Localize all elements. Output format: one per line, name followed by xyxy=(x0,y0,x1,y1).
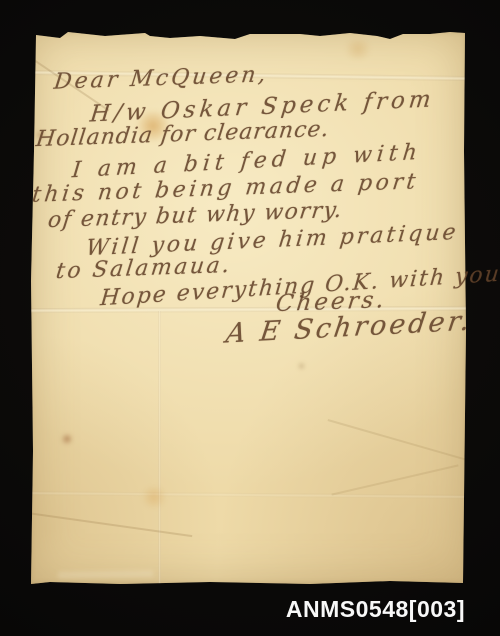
foxing-stain xyxy=(61,434,73,444)
archive-photo-frame: Dear McQueen, H/w Oskar Speck from Holla… xyxy=(0,0,500,636)
crease-right-1 xyxy=(328,419,468,461)
foxing-stain xyxy=(134,111,172,141)
crease-right-2 xyxy=(331,464,458,495)
horizontal-fold-crease-top xyxy=(30,70,466,81)
faint-edge-marking xyxy=(58,570,153,579)
horizontal-fold-crease-bottom xyxy=(30,491,466,499)
corner-crease-top-left xyxy=(30,57,110,112)
foxing-stain xyxy=(298,363,305,369)
foxing-stain xyxy=(140,486,168,508)
foxing-stain xyxy=(36,131,45,139)
horizontal-fold-crease-middle xyxy=(30,306,466,313)
vertical-fold-crease xyxy=(158,311,161,584)
foxing-stain xyxy=(342,39,374,59)
corner-crease-bottom-left xyxy=(19,511,193,537)
catalog-number-label: ANMS0548[003] xyxy=(286,596,465,623)
letter-paper xyxy=(30,31,466,584)
